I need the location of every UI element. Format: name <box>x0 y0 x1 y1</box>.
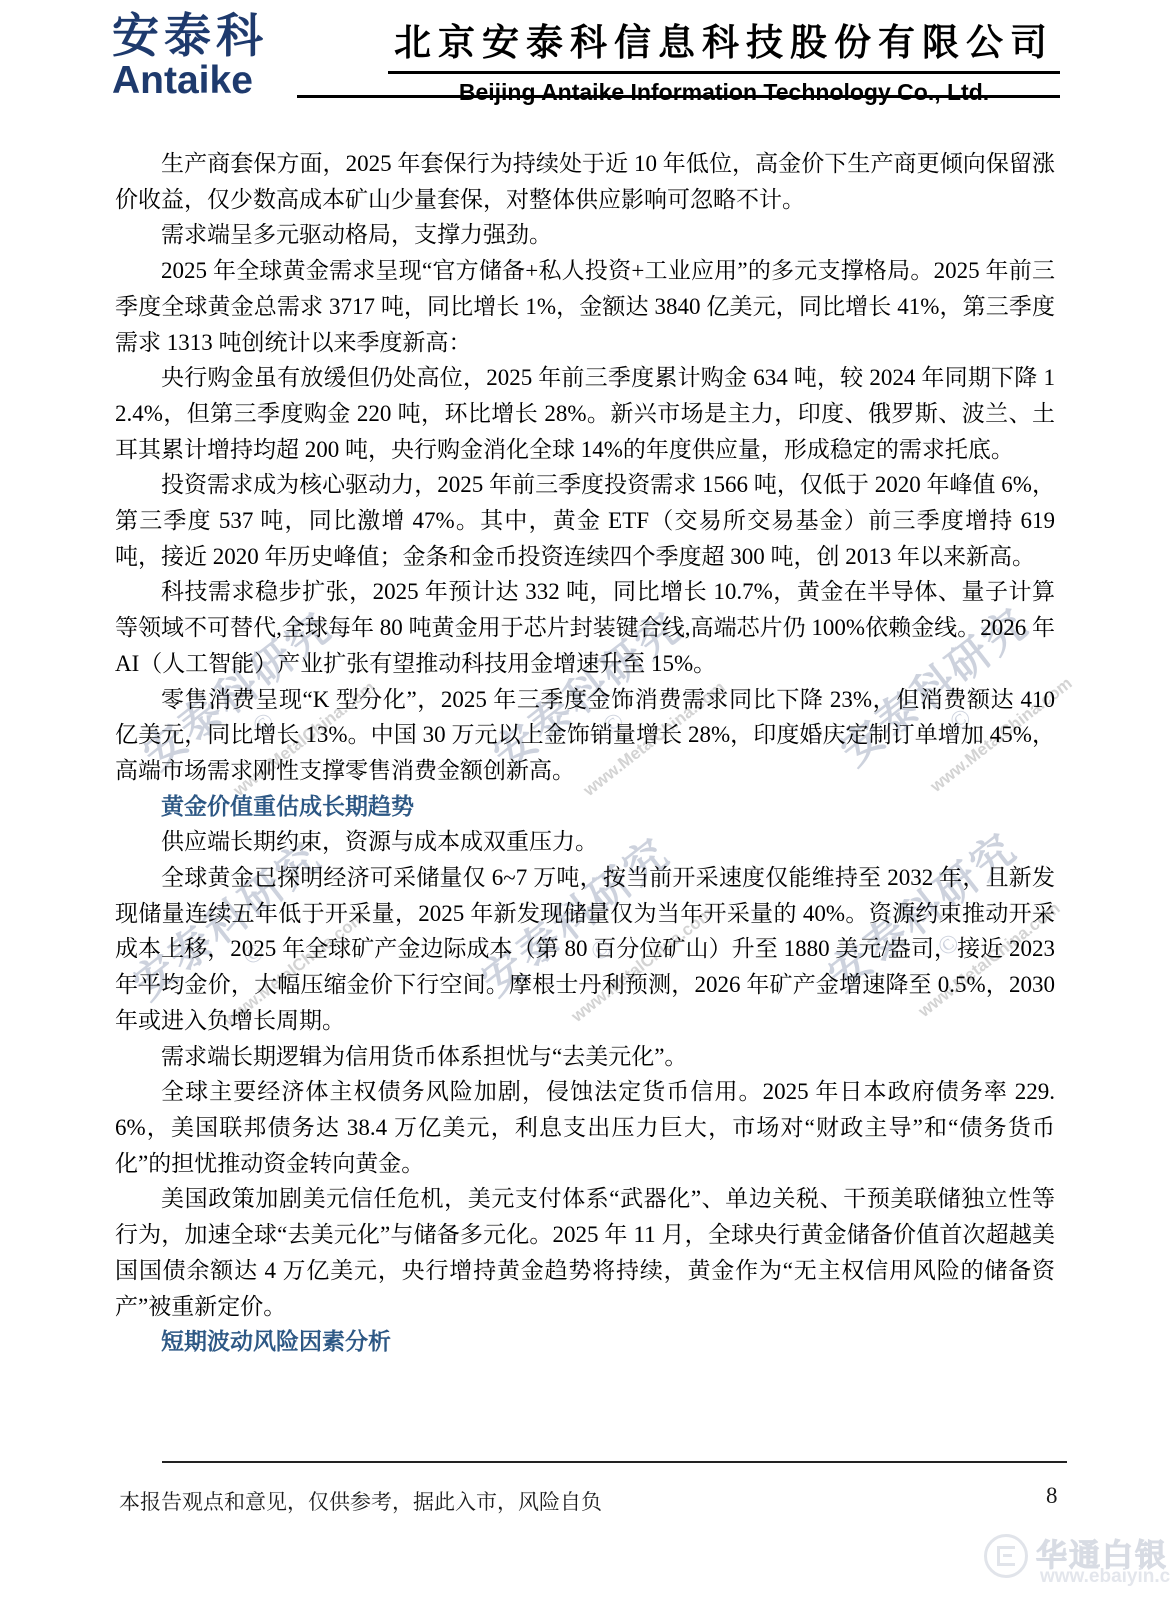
paragraph: 全球黄金已探明经济可采储量仅 6~7 万吨，按当前开采速度仅能维持至 2032 … <box>115 860 1055 1039</box>
corner-watermark-text: 华通白银网 <box>1036 1530 1170 1575</box>
paragraph: 美国政策加剧美元信任危机，美元支付体系“武器化”、单边关税、干预美联储独立性等行… <box>115 1181 1055 1324</box>
paragraph: 生产商套保方面，2025 年套保行为持续处于近 10 年低位，高金价下生产商更倾… <box>115 146 1055 217</box>
paragraph: 零售消费呈现“K 型分化”，2025 年三季度金饰消费需求同比下降 23%，但消… <box>115 682 1055 789</box>
company-name-chinese: 北京安泰科信息科技股份有限公司 <box>388 12 1060 66</box>
corner-watermark: 华通白银网 www.ebaiyin.com <box>984 1528 1170 1598</box>
paragraph: 投资需求成为核心驱动力，2025 年前三季度投资需求 1566 吨，仅低于 20… <box>115 467 1055 574</box>
paragraph: 供应端长期约束，资源与成本成双重压力。 <box>115 824 1055 860</box>
logo-chinese: 安泰科 <box>112 12 268 59</box>
document-page: 安泰科研究© www.MetalChina.com 安泰科研究© www.Met… <box>0 0 1170 1602</box>
antaike-logo: 安泰科 Antaike <box>112 12 268 100</box>
corner-watermark-logo-icon <box>984 1534 1028 1578</box>
corner-watermark-url: www.ebaiyin.com <box>1040 1566 1170 1588</box>
paragraph: 央行购金虽有放缓但仍处高位，2025 年前三季度累计购金 634 吨，较 202… <box>115 360 1055 467</box>
paragraph: 科技需求稳步扩张，2025 年预计达 332 吨，同比增长 10.7%，黄金在半… <box>115 574 1055 681</box>
logo-english: Antaike <box>112 61 268 100</box>
paragraph: 全球主要经济体主权债务风险加剧，侵蚀法定货币信用。2025 年日本政府债务率 2… <box>115 1074 1055 1181</box>
section-heading: 短期波动风险因素分析 <box>115 1324 1055 1360</box>
header-title-block: 北京安泰科信息科技股份有限公司 Beijing Antaike Informat… <box>388 12 1060 106</box>
paragraph: 需求端呈多元驱动格局，支撑力强劲。 <box>115 217 1055 253</box>
page-number: 8 <box>1046 1483 1058 1509</box>
paragraph: 需求端长期逻辑为信用货币体系担忧与“去美元化”。 <box>115 1039 1055 1075</box>
section-heading: 黄金价值重估成长期趋势 <box>115 789 1055 825</box>
header-rule-bottom <box>297 95 1060 98</box>
footer-disclaimer: 本报告观点和意见，仅供参考，据此入市，风险自负 <box>119 1486 602 1516</box>
report-body: 生产商套保方面，2025 年套保行为持续处于近 10 年低位，高金价下生产商更倾… <box>115 146 1055 1360</box>
paragraph: 2025 年全球黄金需求呈现“官方储备+私人投资+工业应用”的多元支撑格局。20… <box>115 253 1055 360</box>
footer-rule <box>162 1461 1067 1463</box>
company-name-english: Beijing Antaike Information Technology C… <box>388 74 1060 106</box>
